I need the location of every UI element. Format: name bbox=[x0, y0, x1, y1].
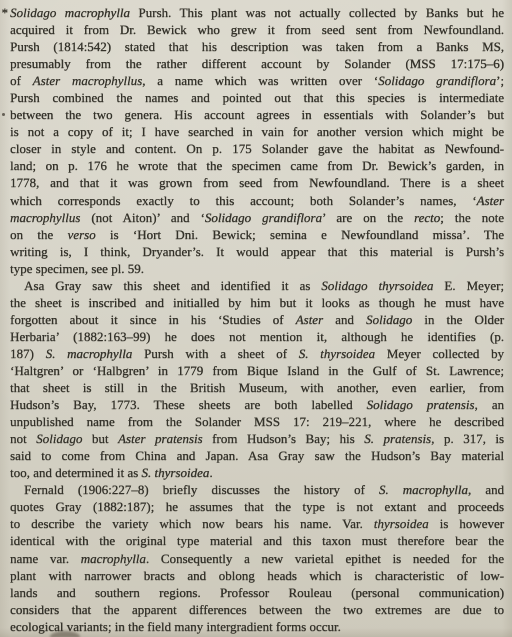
text-run: ’; bbox=[496, 73, 504, 88]
text-run: identical with the original type materia… bbox=[10, 533, 504, 548]
text-run: 1778, and that it was grown from seed fr… bbox=[10, 175, 504, 190]
text-run: lands and southern regions. Professor Ro… bbox=[10, 585, 504, 600]
text-line: land; on p. 176 he wrote that the specim… bbox=[10, 157, 504, 174]
text-run: . Consequently a new varietal epithet is… bbox=[146, 551, 504, 566]
text-line: too, and determined it as S. thyrsoidea. bbox=[10, 464, 504, 481]
text-line: plant with narrower bracts and oblong he… bbox=[10, 567, 504, 584]
text-run: ‘Haltgren’ or ‘Halbgren’ in 1779 from Bi… bbox=[10, 363, 504, 378]
text-line: Fernald (1906:227–8) briefly discusses t… bbox=[10, 481, 504, 498]
text-run: not bbox=[10, 431, 36, 446]
text-line: closer in style and content. On p. 175 S… bbox=[10, 140, 504, 157]
italic-taxon-name: Solidago thyrsoidea bbox=[321, 278, 433, 293]
italic-taxon-name: Solidago pratensis bbox=[367, 397, 475, 412]
text-run: Pursh (1814:542) stated that his descrip… bbox=[10, 39, 504, 54]
text-line: Herbaria’ (1882:163–99) he does not ment… bbox=[10, 328, 504, 345]
text-run: land; on p. 176 he wrote that the specim… bbox=[10, 158, 504, 173]
text-line: quotes Gray (1882:187); he assumes that … bbox=[10, 498, 504, 515]
text-run: that sheet is still in the British Museu… bbox=[10, 380, 504, 395]
text-run: ’ are on the bbox=[322, 210, 414, 225]
text-line: that sheet is still in the British Museu… bbox=[10, 379, 504, 396]
text-line: type specimen, see pl. 59. bbox=[10, 260, 504, 277]
text-run: closer in style and content. On p. 175 S… bbox=[10, 141, 504, 156]
text-run: and bbox=[323, 312, 366, 327]
text-run: 187) bbox=[10, 346, 46, 361]
text-line: presumably from the rather different acc… bbox=[10, 55, 504, 72]
text-run: E. Meyer; bbox=[433, 278, 504, 293]
text-line: macrophyllus (not Aiton)’ and ‘Solidago … bbox=[10, 209, 504, 226]
text-line: is not a copy of it; I have searched in … bbox=[10, 123, 504, 140]
text-run: , and bbox=[468, 482, 504, 497]
text-run: Pursh combined the names and pointed out… bbox=[10, 90, 504, 105]
text-line: identical with the original type materia… bbox=[10, 532, 504, 549]
text-line: which corresponds exactly to this accoun… bbox=[10, 192, 504, 209]
text-line: not Solidago but Aster pratensis from Hu… bbox=[10, 430, 504, 447]
text-run: Pursh with a sheet of bbox=[132, 346, 298, 361]
italic-taxon-name: Solidago grandiflora bbox=[205, 210, 322, 225]
text-line: forgotten about it since in his ‘Studies… bbox=[10, 311, 504, 328]
paragraph: Asa Gray saw this sheet and identified i… bbox=[10, 277, 504, 482]
italic-taxon-name: Aster pratensis bbox=[118, 431, 203, 446]
text-line: acquired it from Dr. Bewick who grew it … bbox=[10, 21, 504, 38]
text-run: considers that the apparent differences … bbox=[10, 602, 504, 617]
text-run: unpublished name from the Solander MSS 1… bbox=[10, 414, 504, 429]
text-run: from Hudson’s Bay; his bbox=[203, 431, 365, 446]
text-run: Hudson’s Bay, 1773. These sheets are bot… bbox=[10, 397, 367, 412]
italic-taxon-name: verso bbox=[67, 227, 95, 242]
italic-taxon-name: macrophyllus bbox=[10, 210, 80, 225]
italic-taxon-name: S. pratensis bbox=[364, 431, 431, 446]
text-run: is however bbox=[429, 516, 504, 531]
text-run: (not Aiton)’ and ‘ bbox=[80, 210, 205, 225]
text-run: Herbaria’ (1882:163–99) he does not ment… bbox=[10, 329, 504, 344]
text-run: of bbox=[10, 73, 33, 88]
italic-taxon-name: macrophylla bbox=[81, 551, 146, 566]
paragraph: *Solidago macrophylla Pursh. This plant … bbox=[10, 4, 504, 277]
italic-taxon-name: thyrsoidea bbox=[374, 516, 429, 531]
text-run: ; the note bbox=[440, 210, 504, 225]
text-line: of Aster macrophyllus, a name which was … bbox=[10, 72, 504, 89]
text-run: said to come from China and Japan. Asa G… bbox=[10, 448, 504, 463]
italic-taxon-name: recto bbox=[414, 210, 440, 225]
text-run: , p. 317, is bbox=[431, 431, 504, 446]
text-line: on the verso is ‘Hort Dni. Bewick; semin… bbox=[10, 226, 504, 243]
text-line: lands and southern regions. Professor Ro… bbox=[10, 584, 504, 601]
text-line: the sheet is inscribed and initialled by… bbox=[10, 294, 504, 311]
text-run: plant with narrower bracts and oblong he… bbox=[10, 568, 504, 583]
text-line: considers that the apparent differences … bbox=[10, 601, 504, 618]
text-run: , a name which was written over ‘ bbox=[142, 73, 378, 88]
text-line: Pursh combined the names and pointed out… bbox=[10, 89, 504, 106]
text-run: Fernald (1906:227–8) briefly discusses t… bbox=[24, 482, 379, 497]
scan-artifact-dot bbox=[2, 113, 5, 116]
text-run: the sheet is inscribed and initialled by… bbox=[10, 295, 504, 310]
italic-taxon-name: Aster bbox=[296, 312, 323, 327]
text-line: 1778, and that it was grown from seed fr… bbox=[10, 174, 504, 191]
text-run: Asa Gray saw this sheet and identified i… bbox=[24, 278, 321, 293]
italic-taxon-name: S. thyrsoidea bbox=[299, 346, 375, 361]
page-text: *Solidago macrophylla Pursh. This plant … bbox=[10, 4, 504, 635]
text-run: forgotten about it since in his ‘Studies… bbox=[10, 312, 296, 327]
text-line: said to come from China and Japan. Asa G… bbox=[10, 447, 504, 464]
italic-taxon-name: Aster bbox=[477, 193, 504, 208]
text-line: Pursh (1814:542) stated that his descrip… bbox=[10, 38, 504, 55]
text-line: *Solidago macrophylla Pursh. This plant … bbox=[10, 4, 504, 21]
text-run: ecological variants; in the field many i… bbox=[10, 619, 341, 634]
italic-taxon-name: Solidago grandiflora bbox=[378, 73, 496, 88]
text-run: too, and determined it as bbox=[10, 465, 141, 480]
text-line: Asa Gray saw this sheet and identified i… bbox=[10, 277, 504, 294]
text-run: to describe the variety which now bears … bbox=[10, 516, 374, 531]
text-line: ‘Haltgren’ or ‘Halbgren’ in 1779 from Bi… bbox=[10, 362, 504, 379]
text-run: Pursh. This plant was not actually colle… bbox=[130, 5, 504, 20]
italic-taxon-name: S. macrophylla bbox=[46, 346, 133, 361]
text-run: is not a copy of it; I have searched in … bbox=[10, 124, 504, 139]
text-run: name var. bbox=[10, 551, 81, 566]
italic-taxon-name: Aster macrophyllus bbox=[33, 73, 143, 88]
text-run: Meyer collected by bbox=[375, 346, 504, 361]
text-run: writing is, I think, Dryander’s. It woul… bbox=[10, 244, 504, 259]
text-run: type specimen, see pl. 59. bbox=[10, 261, 144, 276]
text-run: is ‘Hort Dni. Bewick; semina e Newfoundl… bbox=[96, 227, 504, 242]
text-run: on the bbox=[10, 227, 67, 242]
text-run: in the Older bbox=[412, 312, 504, 327]
text-run: quotes Gray (1882:187); he assumes that … bbox=[10, 499, 504, 514]
text-line: Hudson’s Bay, 1773. These sheets are bot… bbox=[10, 396, 504, 413]
text-run: acquired it from Dr. Bewick who grew it … bbox=[10, 22, 504, 37]
text-line: to describe the variety which now bears … bbox=[10, 515, 504, 532]
paragraph: Fernald (1906:227–8) briefly discusses t… bbox=[10, 481, 504, 634]
italic-taxon-name: S. thyrsoidea bbox=[141, 465, 209, 480]
italic-taxon-name: Solidago macrophylla bbox=[10, 5, 130, 20]
italic-taxon-name: Solidago bbox=[36, 431, 82, 446]
footnote-asterisk: * bbox=[2, 4, 9, 21]
italic-taxon-name: S. macrophylla bbox=[379, 482, 468, 497]
text-run: presumably from the rather different acc… bbox=[10, 56, 504, 71]
text-line: between the two genera. His account agre… bbox=[10, 106, 504, 123]
text-line: 187) S. macrophylla Pursh with a sheet o… bbox=[10, 345, 504, 362]
text-run: but bbox=[82, 431, 118, 446]
text-line: ecological variants; in the field many i… bbox=[10, 618, 504, 635]
text-line: unpublished name from the Solander MSS 1… bbox=[10, 413, 504, 430]
text-run: between the two genera. His account agre… bbox=[10, 107, 504, 122]
scanned-page: *Solidago macrophylla Pursh. This plant … bbox=[0, 0, 512, 637]
text-run: . bbox=[209, 465, 212, 480]
text-run: which corresponds exactly to this accoun… bbox=[10, 193, 477, 208]
text-line: writing is, I think, Dryander’s. It woul… bbox=[10, 243, 504, 260]
text-line: name var. macrophylla. Consequently a ne… bbox=[10, 550, 504, 567]
italic-taxon-name: Solidago bbox=[366, 312, 412, 327]
text-run: , an bbox=[474, 397, 504, 412]
